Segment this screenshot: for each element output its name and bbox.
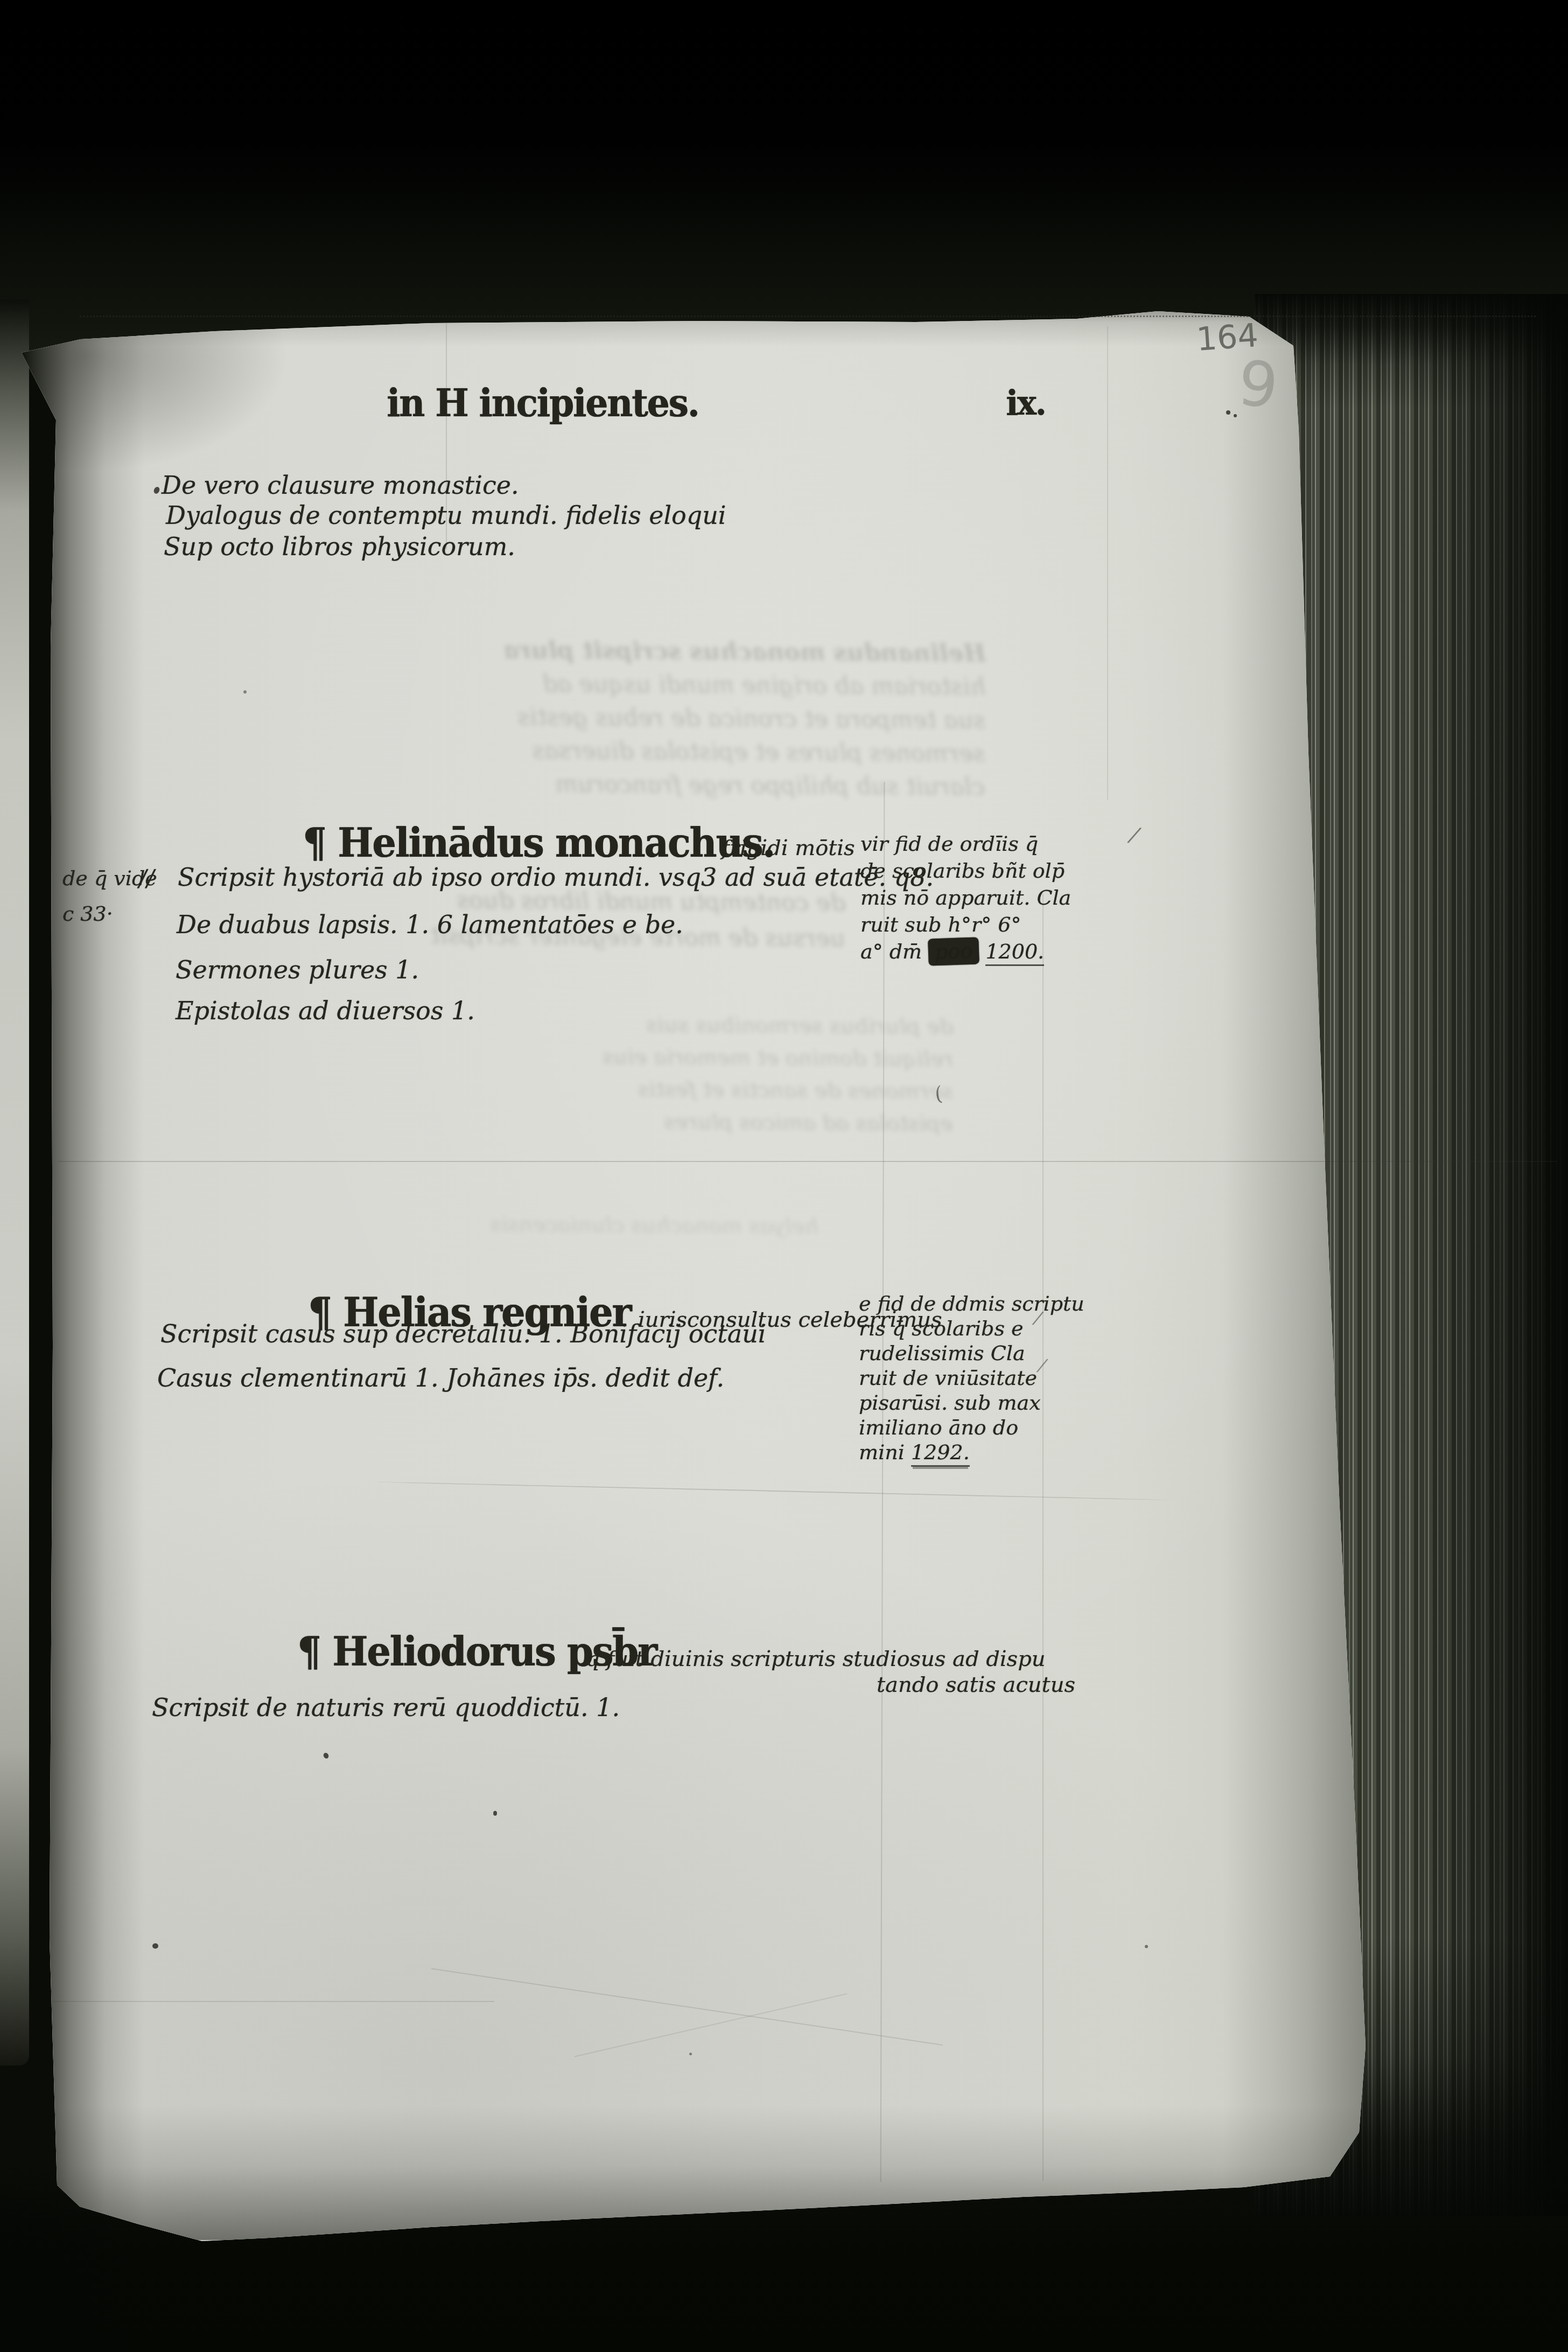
section-heading-note-2: tando satis acutus <box>877 1672 1075 1697</box>
show-through-line: sermones de sanctis et festis <box>479 1072 953 1108</box>
intro-line: De vero clausure monastice. <box>162 471 519 500</box>
show-through-line: de pluribus sermonibus suis <box>479 1007 953 1043</box>
year-value: 1200. <box>985 940 1044 966</box>
struck-out-word: poo <box>928 937 979 965</box>
body-line: Scripsit de naturis rerū quoddictū. 1. <box>152 1693 620 1722</box>
show-through-text-block: helyas monachus cluniacensis <box>226 1207 818 1242</box>
show-through-line: epistolas ad amicos plures <box>479 1104 953 1140</box>
intro-line: Dyalogus de contemptu mundi. fidelis elo… <box>166 501 726 530</box>
margin-note-line: vir fid de ordīis q̄ <box>860 830 1130 857</box>
show-through-line: sua tempora et cronica de rebus gestis <box>145 698 985 738</box>
body-line: Epistolas ad diuersos 1. <box>176 996 475 1025</box>
margin-note-line: pisarūsi. sub max <box>859 1390 1128 1415</box>
section-heading-note: q fuit diuinis scripturis studiosus ad d… <box>586 1647 1046 1671</box>
section-heading-note: frigidi mōtis <box>722 836 855 860</box>
margin-note-year-prefix: mini <box>859 1440 905 1464</box>
margin-note-year-line: mini 1292. <box>859 1440 1128 1465</box>
insertion-mark: // <box>139 865 154 891</box>
ink-speck <box>1226 410 1230 415</box>
margin-note-line: rudelissimis Cla <box>859 1341 1128 1366</box>
hair-scratch <box>377 1481 1168 1500</box>
show-through-line: reliquit domino et memoria eius <box>479 1040 953 1075</box>
facing-page-edge <box>0 299 29 2066</box>
intro-line: Sup octo libros physicorum. <box>164 532 515 561</box>
show-through-line: helyas monachus cluniacensis <box>226 1207 818 1242</box>
ruling-line-top-dotted <box>80 316 1536 317</box>
show-through-line: historiam ab origine mundi usque ad <box>145 665 985 704</box>
ink-speck <box>1145 1945 1148 1948</box>
ink-speck <box>689 2053 692 2055</box>
show-through-line: claruit sub philippo rege francorum <box>145 765 985 804</box>
show-through-text-block: Helinandus monachus scripsit plura histo… <box>145 632 986 804</box>
ruling-line-vertical <box>880 782 885 2182</box>
margin-note-line: ruit de vniūsitate <box>859 1366 1128 1390</box>
ink-speck <box>153 486 161 494</box>
ruling-line-vertical <box>1107 326 1108 800</box>
margin-note-helias: e fid de ddmis scriptu ris q̄ scolaribs … <box>859 1291 1128 1465</box>
running-header-title: in H incipientes. <box>387 381 699 425</box>
ink-speck <box>152 1943 158 1949</box>
margin-note-line: ris q̄ scolaribs e <box>859 1316 1128 1341</box>
left-margin-note-line: c 33· <box>62 896 157 932</box>
margin-note-year-prefix: a° dm̄ <box>860 940 922 963</box>
body-line: Casus clementinarū 1. Johānes ip̄s. dedi… <box>157 1363 724 1392</box>
body-line: Sermones plures 1. <box>176 955 419 984</box>
ruling-line-vertical <box>1042 894 1044 2181</box>
scratch-line <box>431 1968 943 2046</box>
manuscript-photo: { "photo": { "folio_number": "164", "fol… <box>0 0 1568 2352</box>
body-line: De duabus lapsis. 1. 6 lamentatōes e be. <box>177 910 683 939</box>
margin-note-line: ruit sub h°r° 6° <box>860 911 1130 938</box>
margin-note-line: e fid de ddmis scriptu <box>859 1291 1128 1316</box>
pencil-ghost-digit: 9 <box>1235 347 1282 423</box>
pen-slash-mark: / <box>1128 822 1141 848</box>
body-line: Scripsit hystoriā ab ipso ordio mundi. v… <box>178 863 934 892</box>
show-through-line: Helinandus monachus scripsit plura <box>146 632 986 671</box>
show-through-line: sermones plures et epistolas diuersas <box>145 732 985 771</box>
section-heading-helinandus: ¶ Helinādus monachus. <box>303 818 774 866</box>
body-line: Scripsit casus sup decretaliū. 1. Bonifa… <box>160 1319 766 1348</box>
ruling-line-horizontal <box>31 2001 494 2002</box>
show-through-text-block: de pluribus sermonibus suis reliquit dom… <box>479 1007 954 1140</box>
ink-speck <box>243 690 247 694</box>
year-value: 1292. <box>911 1440 970 1467</box>
ink-speck <box>493 1811 497 1816</box>
ruling-line-horizontal-long <box>58 1161 1557 1162</box>
quire-numeral: ix. <box>1006 383 1045 423</box>
margin-note-year-line: a° dm̄ poo 1200. <box>860 938 1130 965</box>
gutter-shadow <box>16 299 145 2222</box>
margin-note-line: imiliano āno do <box>859 1415 1128 1440</box>
ink-speck <box>323 1752 330 1759</box>
margin-note-helinandus: vir fid de ordīis q̄ de scolaribs bñt ol… <box>860 830 1130 965</box>
